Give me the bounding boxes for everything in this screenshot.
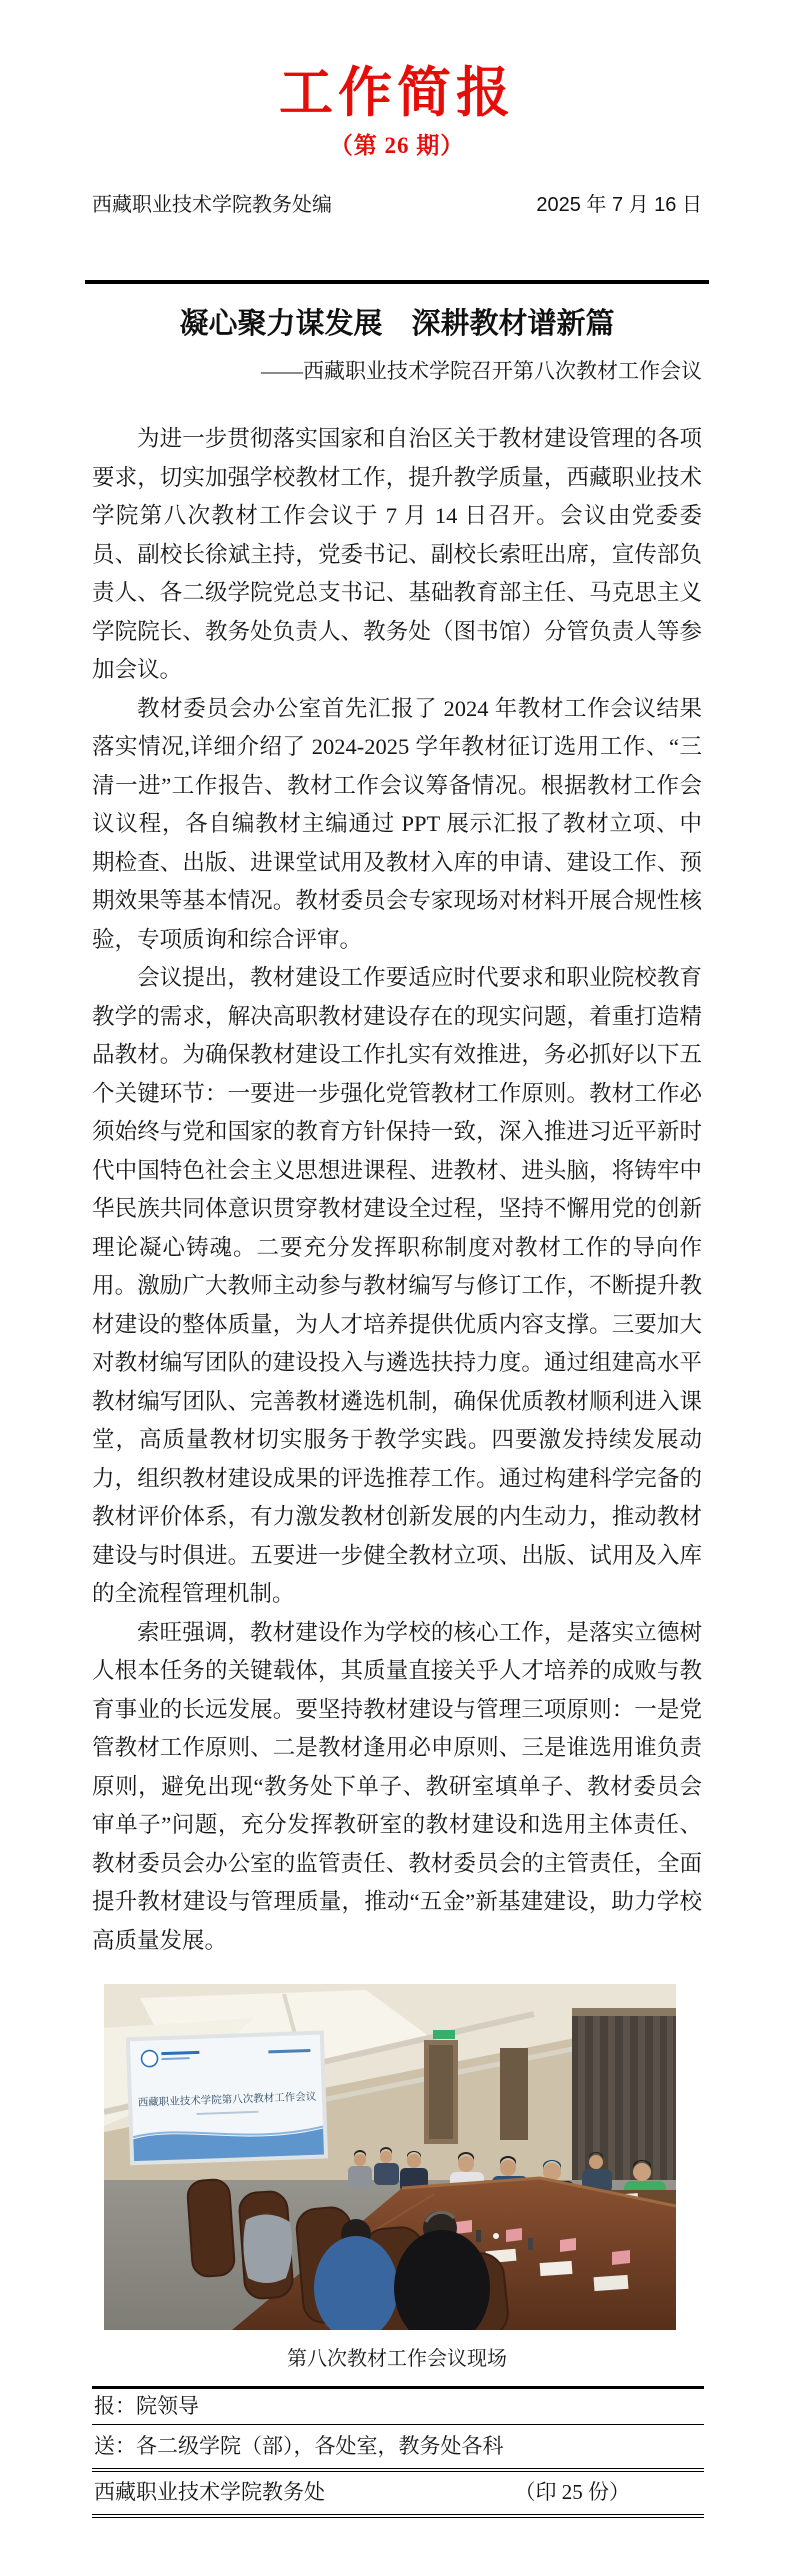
- body-paragraph: 教材委员会办公室首先汇报了 2024 年教材工作会议结果落实情况,详细介绍了 2…: [92, 690, 702, 960]
- meeting-photo: 西藏职业技术学院第八次教材工作会议: [104, 1984, 676, 2330]
- masthead-meta-row: 西藏职业技术学院教务处编 2025 年 7 月 16 日: [92, 192, 702, 218]
- article-subtitle: ——西藏职业技术学院召开第八次教材工作会议: [92, 356, 702, 386]
- issue-number: （第 26 期）: [0, 132, 794, 160]
- masthead-rule: [85, 280, 709, 284]
- footer-copies: （印 25 份）: [515, 2479, 631, 2506]
- bulletin-title: 工作简报: [0, 64, 794, 122]
- hanging-jacket: [243, 2214, 292, 2283]
- distribution-footer: 报：院领导 送：各二级学院（部），各处室，教务处各科 西藏职业技术学院教务处 （…: [92, 2386, 704, 2518]
- footer-send-row: 送：各二级学院（部），各处室，教务处各科: [92, 2425, 704, 2472]
- projection-screen: 西藏职业技术学院第八次教材工作会议: [126, 2030, 328, 2165]
- body-paragraph: 会议提出，教材建设工作要适应时代要求和职业院校教育教学的需求，解决高职教材建设存…: [92, 959, 702, 1614]
- article-body: 为进一步贯彻落实国家和自治区关于教材建设管理的各项要求，切实加强学校教材工作，提…: [92, 420, 702, 1960]
- body-paragraph: 为进一步贯彻落实国家和自治区关于教材建设管理的各项要求，切实加强学校教材工作，提…: [92, 420, 702, 690]
- footer-report-row: 报：院领导: [92, 2386, 704, 2425]
- slide-logo: [141, 2050, 158, 2067]
- body-paragraph: 索旺强调，教材建设作为学校的核心工作，是落实立德树人根本任务的关键载体，其质量直…: [92, 1614, 702, 1961]
- bulletin-page: 工作简报 （第 26 期） 西藏职业技术学院教务处编 2025 年 7 月 16…: [0, 0, 794, 2566]
- footer-issuer-row: 西藏职业技术学院教务处 （印 25 份）: [92, 2472, 704, 2518]
- editor-credit: 西藏职业技术学院教务处编: [92, 192, 332, 218]
- issue-date: 2025 年 7 月 16 日: [536, 192, 702, 218]
- photo-caption: 第八次教材工作会议现场: [0, 2344, 794, 2374]
- article-title: 凝心聚力谋发展 深耕教材谱新篇: [0, 304, 794, 344]
- footer-issuer: 西藏职业技术学院教务处: [94, 2479, 325, 2506]
- exit-sign: [433, 2030, 455, 2039]
- name-card: [456, 2220, 472, 2234]
